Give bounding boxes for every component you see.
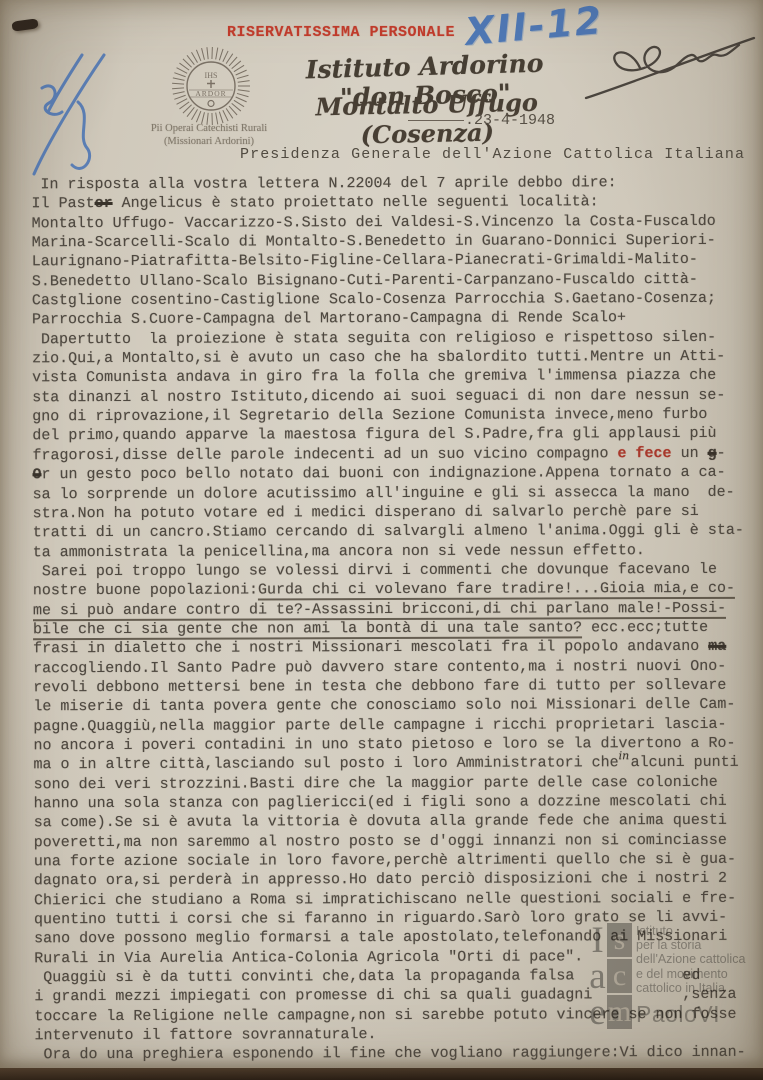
typed-segment-x: or: [95, 195, 113, 212]
typed-segment: del primo,quando apparve la maestosa fig…: [32, 425, 716, 444]
typed-segment: Ora do una preghiera esponendo il fine c…: [34, 1044, 745, 1063]
typed-line: Montalto Uffugo- Vaccarizzo-S.Sisto dei …: [32, 211, 756, 233]
typed-segment: ecc.ecc;tutte: [582, 619, 708, 636]
typed-line: Or un gesto poco bello notato dai buoni …: [32, 463, 756, 485]
typed-segment: fragorosi,disse delle parole indecenti a…: [32, 445, 617, 464]
typed-line: me si può andare contro di te?-Assassini…: [33, 598, 757, 620]
margin-scribble: [24, 52, 129, 192]
watermark-text-lines: Istitutoper la storiadell'Azione cattoli…: [636, 924, 745, 995]
typed-line: pagne.Quaggiù,nella maggior parte delle …: [33, 714, 757, 736]
typed-line: le miserie di tanta povera gente che con…: [33, 695, 757, 717]
scanned-letter-photo: RISERVATISSIMA PERSONALE XII-12 IHS ARDO…: [0, 0, 763, 1080]
congregation-line1: Pii Operai Catechisti Rurali: [130, 122, 288, 135]
typed-line: revoli debbono mettersi bene in testa ch…: [33, 676, 757, 698]
typed-segment-x: ma: [708, 638, 726, 655]
typed-segment: sono dei veri strozzini.Basti dire che l…: [34, 774, 718, 793]
typed-line: zio.Qui,a Montalto,si è avuto un caso ch…: [32, 347, 756, 369]
typed-line: Parrocchia S.Cuore-Campagna del Martoran…: [32, 308, 756, 330]
typed-segment: zio.Qui,a Montalto,si è avuto un caso ch…: [32, 348, 725, 367]
typed-line: sa come).Se si è avuta la vittoria è dov…: [34, 811, 758, 833]
typed-segment: Sarei poi troppo lungo se volessi dirvi …: [33, 561, 717, 580]
typed-segment: poveretti,ma non saremmo al nostro posto…: [34, 832, 727, 851]
typed-segment: Laurignano-Piatrafitta-Belsito-Figline-C…: [32, 251, 698, 270]
typed-segment: le miserie di tanta povera gente che con…: [33, 696, 735, 715]
watermark-letter: e: [589, 996, 606, 1029]
watermark-text-line: per la storia: [636, 938, 745, 952]
watermark-letter: c: [607, 959, 632, 993]
typed-segment: Parrocchia S.Cuore-Campagna del Martoran…: [32, 310, 626, 329]
typed-segment: In risposta alla vostra lettera N.22004 …: [31, 174, 616, 193]
logo-ardor-text: ARDOR: [195, 89, 226, 98]
typed-segment-ul: Gurda chi ci volevano fare tradire!...: [258, 581, 600, 601]
typed-segment-x: g: [708, 445, 717, 462]
typed-segment: S.Benedetto Ullano-Scalo Bisignano-Cuti-…: [32, 271, 698, 290]
signature-scribble: [578, 28, 763, 108]
typed-segment: r un gesto poco bello notato dai buoni c…: [41, 464, 725, 483]
typed-line: bile che ci sia gente che non ami la bon…: [33, 618, 757, 640]
date-line: .23-4-1948: [408, 112, 555, 129]
typed-segment: alcuni punti: [631, 754, 739, 771]
typed-line: fragorosi,disse delle parole indecenti a…: [32, 444, 756, 466]
typed-line: del primo,quando apparve la maestosa fig…: [32, 424, 756, 446]
typed-segment: Castglione cosentino-Castiglione Scalo-C…: [32, 290, 716, 309]
typed-segment: gno di riprovazione,il Segretario della …: [32, 406, 707, 425]
typed-segment: Dapertutto la proiezione è stata seguita…: [32, 329, 716, 348]
typed-segment: Angelicus è stato proiettato nelle segue…: [113, 194, 599, 213]
watermark-paolovi-label: PaoloVI: [636, 1001, 745, 1028]
typed-segment: sa come).Se si è avuta la vittoria è dov…: [34, 812, 727, 831]
typed-line: raccogliendo.Il Santo Padre può davvero …: [33, 656, 757, 678]
typed-line: Ora do una preghiera esponendo il fine c…: [34, 1043, 758, 1065]
typed-line: vista Comunista andava in giro fra la fo…: [32, 366, 756, 388]
watermark-letter-grid: Isacem: [589, 922, 632, 1029]
typed-line: poveretti,ma non saremmo al nostro posto…: [34, 830, 758, 852]
typed-line: Il Pastor Angelicus è stato proiettato n…: [32, 192, 756, 214]
watermark-text-line: Istituto: [636, 924, 745, 938]
typed-segment: nostre buone popolazioni:: [33, 582, 258, 600]
typed-line: una forte azione sociale in loro favore,…: [34, 850, 758, 872]
typed-line: no ancora i poveri contadini in uno stat…: [33, 734, 757, 756]
typed-line: stra.Non ha potuto votare ed i medici di…: [33, 502, 757, 524]
typed-segment: -: [717, 445, 726, 462]
watermark-letter: m: [607, 995, 632, 1029]
classification-stamp: RISERVATISSIMA PERSONALE: [227, 24, 455, 41]
typed-line: tratti di un cancro.Stiamo cercando di s…: [33, 521, 757, 543]
typed-segment-ins: in: [619, 746, 631, 765]
typed-line: sa lo sorprende un dolore acutissimo all…: [33, 482, 757, 504]
watermark-row: ac: [589, 958, 632, 993]
typed-segment: raccogliendo.Il Santo Padre può davvero …: [33, 657, 726, 676]
typed-segment: revoli debbono mettersi bene in testa ch…: [33, 677, 726, 696]
typed-segment: sa lo sorprende un dolore acutissimo all…: [33, 483, 735, 502]
typed-segment: Montalto Uffugo- Vaccarizzo-S.Sisto dei …: [32, 213, 716, 232]
typed-line: sono dei veri strozzini.Basti dire che l…: [34, 772, 758, 794]
typed-segment: Rurali in Via Aurelia Antica-Colonia Agr…: [34, 948, 583, 967]
logo-ihs-text: IHS: [205, 71, 218, 80]
watermark-text-line: cattolico in Italia: [636, 981, 745, 995]
typed-segment: una forte azione sociale in loro favore,…: [34, 851, 736, 870]
typed-segment: tratti di un cancro.Stiamo cercando di s…: [33, 522, 744, 541]
watermark-row: Is: [589, 922, 632, 957]
typed-date: .23-4-1948: [465, 112, 555, 129]
typed-line: Sarei poi troppo lungo se volessi dirvi …: [33, 560, 757, 582]
typed-segment: Chierici che studiano a Roma si impratic…: [34, 890, 736, 909]
recipient-line: Presidenza Generale dell'Azione Cattolic…: [240, 146, 745, 163]
typed-segment: dagnato ora,si perderà in appresso.Ho da…: [34, 870, 727, 889]
typed-segment: ta ammonistrata la penicellina,ma ancora…: [33, 542, 645, 561]
typed-line: Dapertutto la proiezione è stata seguita…: [32, 327, 756, 349]
typed-line: Chierici che studiano a Roma si impratic…: [34, 888, 758, 910]
typed-segment-red: e fece: [618, 445, 672, 462]
ardorini-sunburst-logo: IHS ARDOR: [171, 46, 251, 126]
typed-segment: intervenuto il fattore sovrannaturale.: [34, 1026, 376, 1044]
watermark-row: em: [589, 994, 632, 1029]
typed-segment: frasi in dialetto che i nostri Missionar…: [33, 638, 708, 657]
typed-line: sta dinanzi al nostro Istituto,dicendo a…: [32, 386, 756, 408]
watermark-text-line: dell'Azione cattolica: [636, 952, 745, 966]
typed-segment: sta dinanzi al nostro Istituto,dicendo a…: [32, 387, 725, 406]
typed-segment: vista Comunista andava in giro fra la fo…: [32, 367, 716, 386]
typed-line: dagnato ora,si perderà in appresso.Ho da…: [34, 869, 758, 891]
typed-line: ma o in altre città,lasciando sul posto …: [33, 753, 757, 775]
watermark-letter: a: [589, 960, 606, 993]
watermark-text-block: Istitutoper la storiadell'Azione cattoli…: [636, 922, 745, 1029]
typed-line: ta ammonistrata la penicellina,ma ancora…: [33, 540, 757, 562]
typed-line: In risposta alla vostra lettera N.22004 …: [31, 173, 755, 195]
typed-segment: un: [672, 445, 708, 462]
typed-segment-x: O: [32, 466, 41, 483]
typed-line: Castglione cosentino-Castiglione Scalo-C…: [32, 289, 756, 311]
logo-cross-icon: [207, 80, 215, 88]
typed-line: frasi in dialetto che i nostri Missionar…: [33, 637, 757, 659]
congregation-caption: Pii Operai Catechisti Rurali (Missionari…: [130, 122, 288, 148]
watermark-letter: I: [589, 924, 606, 957]
typed-segment: Il Past: [32, 195, 95, 212]
watermark-text-line: e del movimento: [636, 967, 745, 981]
typed-line: Laurignano-Piatrafitta-Belsito-Figline-C…: [32, 250, 756, 272]
typed-segment: Marina-Scarcelli-Scalo di Montalto-S.Ben…: [32, 232, 716, 251]
typed-line: gno di riprovazione,il Segretario della …: [32, 405, 756, 427]
isacem-watermark: Isacem Istitutoper la storiadell'Azione …: [589, 922, 763, 1029]
typed-line: Marina-Scarcelli-Scalo di Montalto-S.Ben…: [32, 231, 756, 253]
date-blank-rule: [408, 120, 464, 121]
typed-segment: hanno una sola stanza con pagliericci(ed…: [34, 793, 727, 812]
typed-line: hanno una sola stanza con pagliericci(ed…: [34, 792, 758, 814]
typed-segment: ma o in altre città,lasciando sul posto …: [33, 755, 618, 774]
typed-segment: pagne.Quaggiù,nella maggior parte delle …: [33, 715, 726, 734]
typed-line: nostre buone popolazioni:Gurda chi ci vo…: [33, 579, 757, 601]
typed-segment: stra.Non ha potuto votare ed i medici di…: [33, 503, 699, 522]
typed-line: S.Benedetto Ullano-Scalo Bisignano-Cuti-…: [32, 269, 756, 291]
watermark-letter: s: [607, 923, 632, 957]
typed-segment-ul: Gioia mia,e co-: [600, 580, 735, 599]
